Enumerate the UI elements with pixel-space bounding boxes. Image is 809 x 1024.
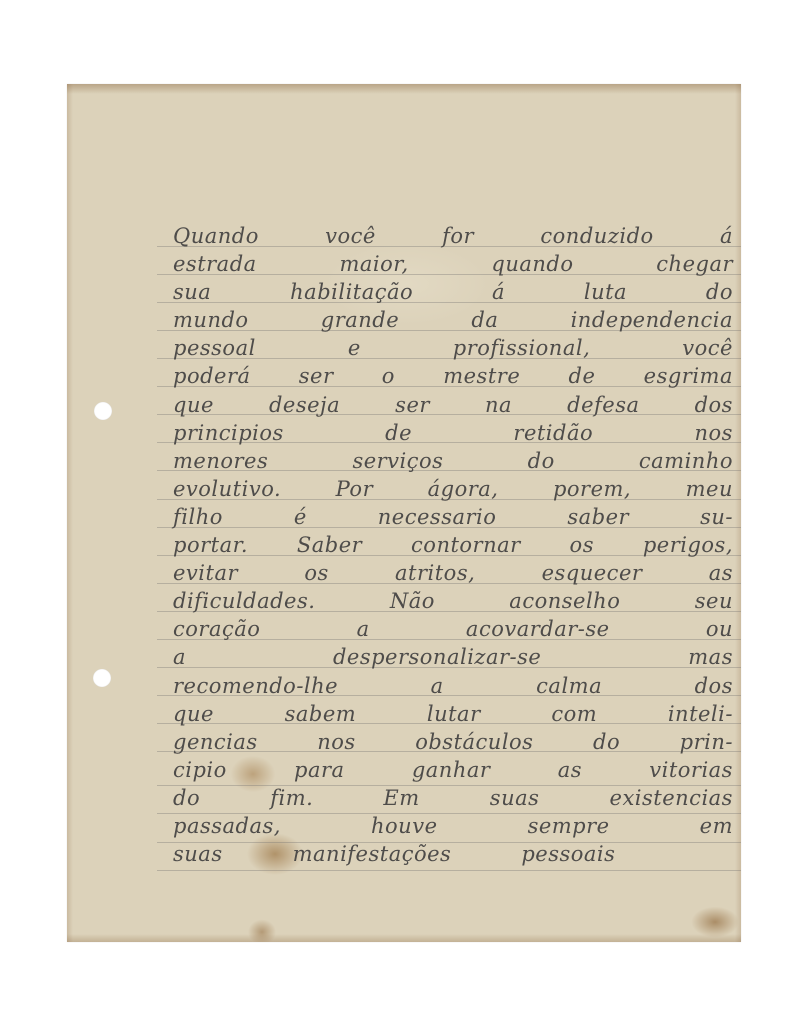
word: mestre [443,362,520,390]
word: mundo [173,306,249,334]
text-line: quedesejasernadefesados [173,391,733,419]
text-line: coraçãoaacovardar-seou [173,615,733,643]
word: a [431,672,444,700]
word: as [709,559,733,587]
word: grande [321,306,399,334]
word: porem, [553,475,631,503]
word: necessario [378,503,497,531]
text-line: dificuldades.Nãoaconselhoseu [173,587,733,615]
text-line: Quandovocêforconduzidoá [173,222,733,250]
text-line: pessoaleprofissional,você [173,334,733,362]
punch-hole-bottom [93,669,111,687]
word: a [357,615,370,643]
text-line: mundograndedaindependencia [173,306,733,334]
word: Saber [297,531,362,559]
word: dos [695,672,733,700]
word: nos [317,728,355,756]
word: gencias [173,728,258,756]
word: seu [695,587,733,615]
word: contornar [411,531,521,559]
word: lutar [427,700,481,728]
word: existencias [610,784,733,812]
handwritten-text: Quandovocêforconduzidoá estradamaior,qua… [173,222,733,868]
word: ser [395,391,430,419]
word: vitorias [649,756,733,784]
word: do [528,447,555,475]
word: manifestações [293,840,452,868]
word: esquecer [542,559,643,587]
text-line: dofim.Emsuasexistencias [173,784,733,812]
word: você [325,222,376,250]
word: e [348,334,361,362]
manuscript-page: Quandovocêforconduzidoá estradamaior,qua… [67,84,741,942]
word: de [385,419,412,447]
word: em [700,812,733,840]
word: suas [173,840,223,868]
word: calma [536,672,602,700]
word: mas [688,643,733,671]
word: evolutivo. [173,475,281,503]
word: profissional, [453,334,590,362]
word: chegar [656,250,733,278]
word: dos [695,391,733,419]
word: su- [700,503,733,531]
word: coração [173,615,260,643]
word: á [720,222,733,250]
word: á [492,278,505,306]
word: houve [371,812,437,840]
word: retidão [513,419,593,447]
word: dificuldades. [173,587,315,615]
word: para [294,756,345,784]
word: do [593,728,620,756]
word: as [558,756,582,784]
word: sabem [285,700,357,728]
word: perigos, [643,531,733,559]
word: habilitação [290,278,413,306]
word: Não [390,587,435,615]
text-line: evolutivo.Porágora,porem,meu [173,475,733,503]
word: Em [383,784,419,812]
word: ágora, [428,475,499,503]
word: ganhar [412,756,491,784]
word: acovardar-se [466,615,610,643]
word: prin- [680,728,733,756]
word: de [569,362,596,390]
word: luta [584,278,627,306]
word: suas [490,784,540,812]
word: evitar [173,559,238,587]
word: for [442,222,474,250]
punch-hole-top [94,402,112,420]
text-line: filhoénecessariosabersu- [173,503,733,531]
text-line: suahabilitaçãoálutado [173,278,733,306]
word: recomendo-lhe [173,672,338,700]
word: estrada [173,250,257,278]
word: maior, [339,250,408,278]
word: Por [336,475,373,503]
text-line: recomendo-lheacalmados [173,672,733,700]
word: pessoal [173,334,256,362]
word: ou [706,615,733,643]
word: portar. [173,531,248,559]
word: os [304,559,328,587]
word: a [173,643,186,671]
word: que [173,391,214,419]
word: você [682,334,733,362]
word: aconselho [509,587,620,615]
text-line: adespersonalizar-semas [173,643,733,671]
word: da [471,306,498,334]
word: caminho [639,447,733,475]
word: saber [567,503,629,531]
word: pessoais [521,840,615,868]
text-line: passadas,houvesempreem [173,812,733,840]
word: despersonalizar-se [333,643,541,671]
word: do [173,784,200,812]
word: menores [173,447,268,475]
word: poderá [173,362,251,390]
word: meu [686,475,733,503]
word: esgrima [644,362,733,390]
word: quando [491,250,573,278]
text-line: cipioparaganharasvitorias [173,756,733,784]
text-line: estradamaior,quandochegar [173,250,733,278]
word: na [485,391,512,419]
word: atritos, [395,559,475,587]
word: filho [173,503,223,531]
word: defesa [567,391,639,419]
word: inteli- [668,700,733,728]
word: sempre [528,812,610,840]
word: fim. [270,784,313,812]
text-line: menoresserviçosdocaminho [173,447,733,475]
word: com [551,700,597,728]
text-line: evitarosatritos,esqueceras [173,559,733,587]
word: o [382,362,395,390]
text-line: suasmanifestaçõespessoais [173,840,733,868]
text-line: quesabemlutarcominteli- [173,700,733,728]
word: os [570,531,594,559]
text-line: genciasnosobstáculosdoprin- [173,728,733,756]
word: independencia [571,306,733,334]
word: Quando [173,222,259,250]
word: deseja [269,391,340,419]
word: principios [173,419,284,447]
word: obstáculos [415,728,533,756]
word: é [294,503,307,531]
word: passadas, [173,812,281,840]
word: do [706,278,733,306]
word: nos [695,419,733,447]
word: sua [173,278,211,306]
text-line: principiosderetidãonos [173,419,733,447]
text-line: poderáseromestredeesgrima [173,362,733,390]
word: conduzido [540,222,653,250]
word: ser [299,362,334,390]
word: cipio [173,756,227,784]
word: que [173,700,214,728]
word: serviços [352,447,443,475]
text-line: portar.Sabercontornarosperigos, [173,531,733,559]
